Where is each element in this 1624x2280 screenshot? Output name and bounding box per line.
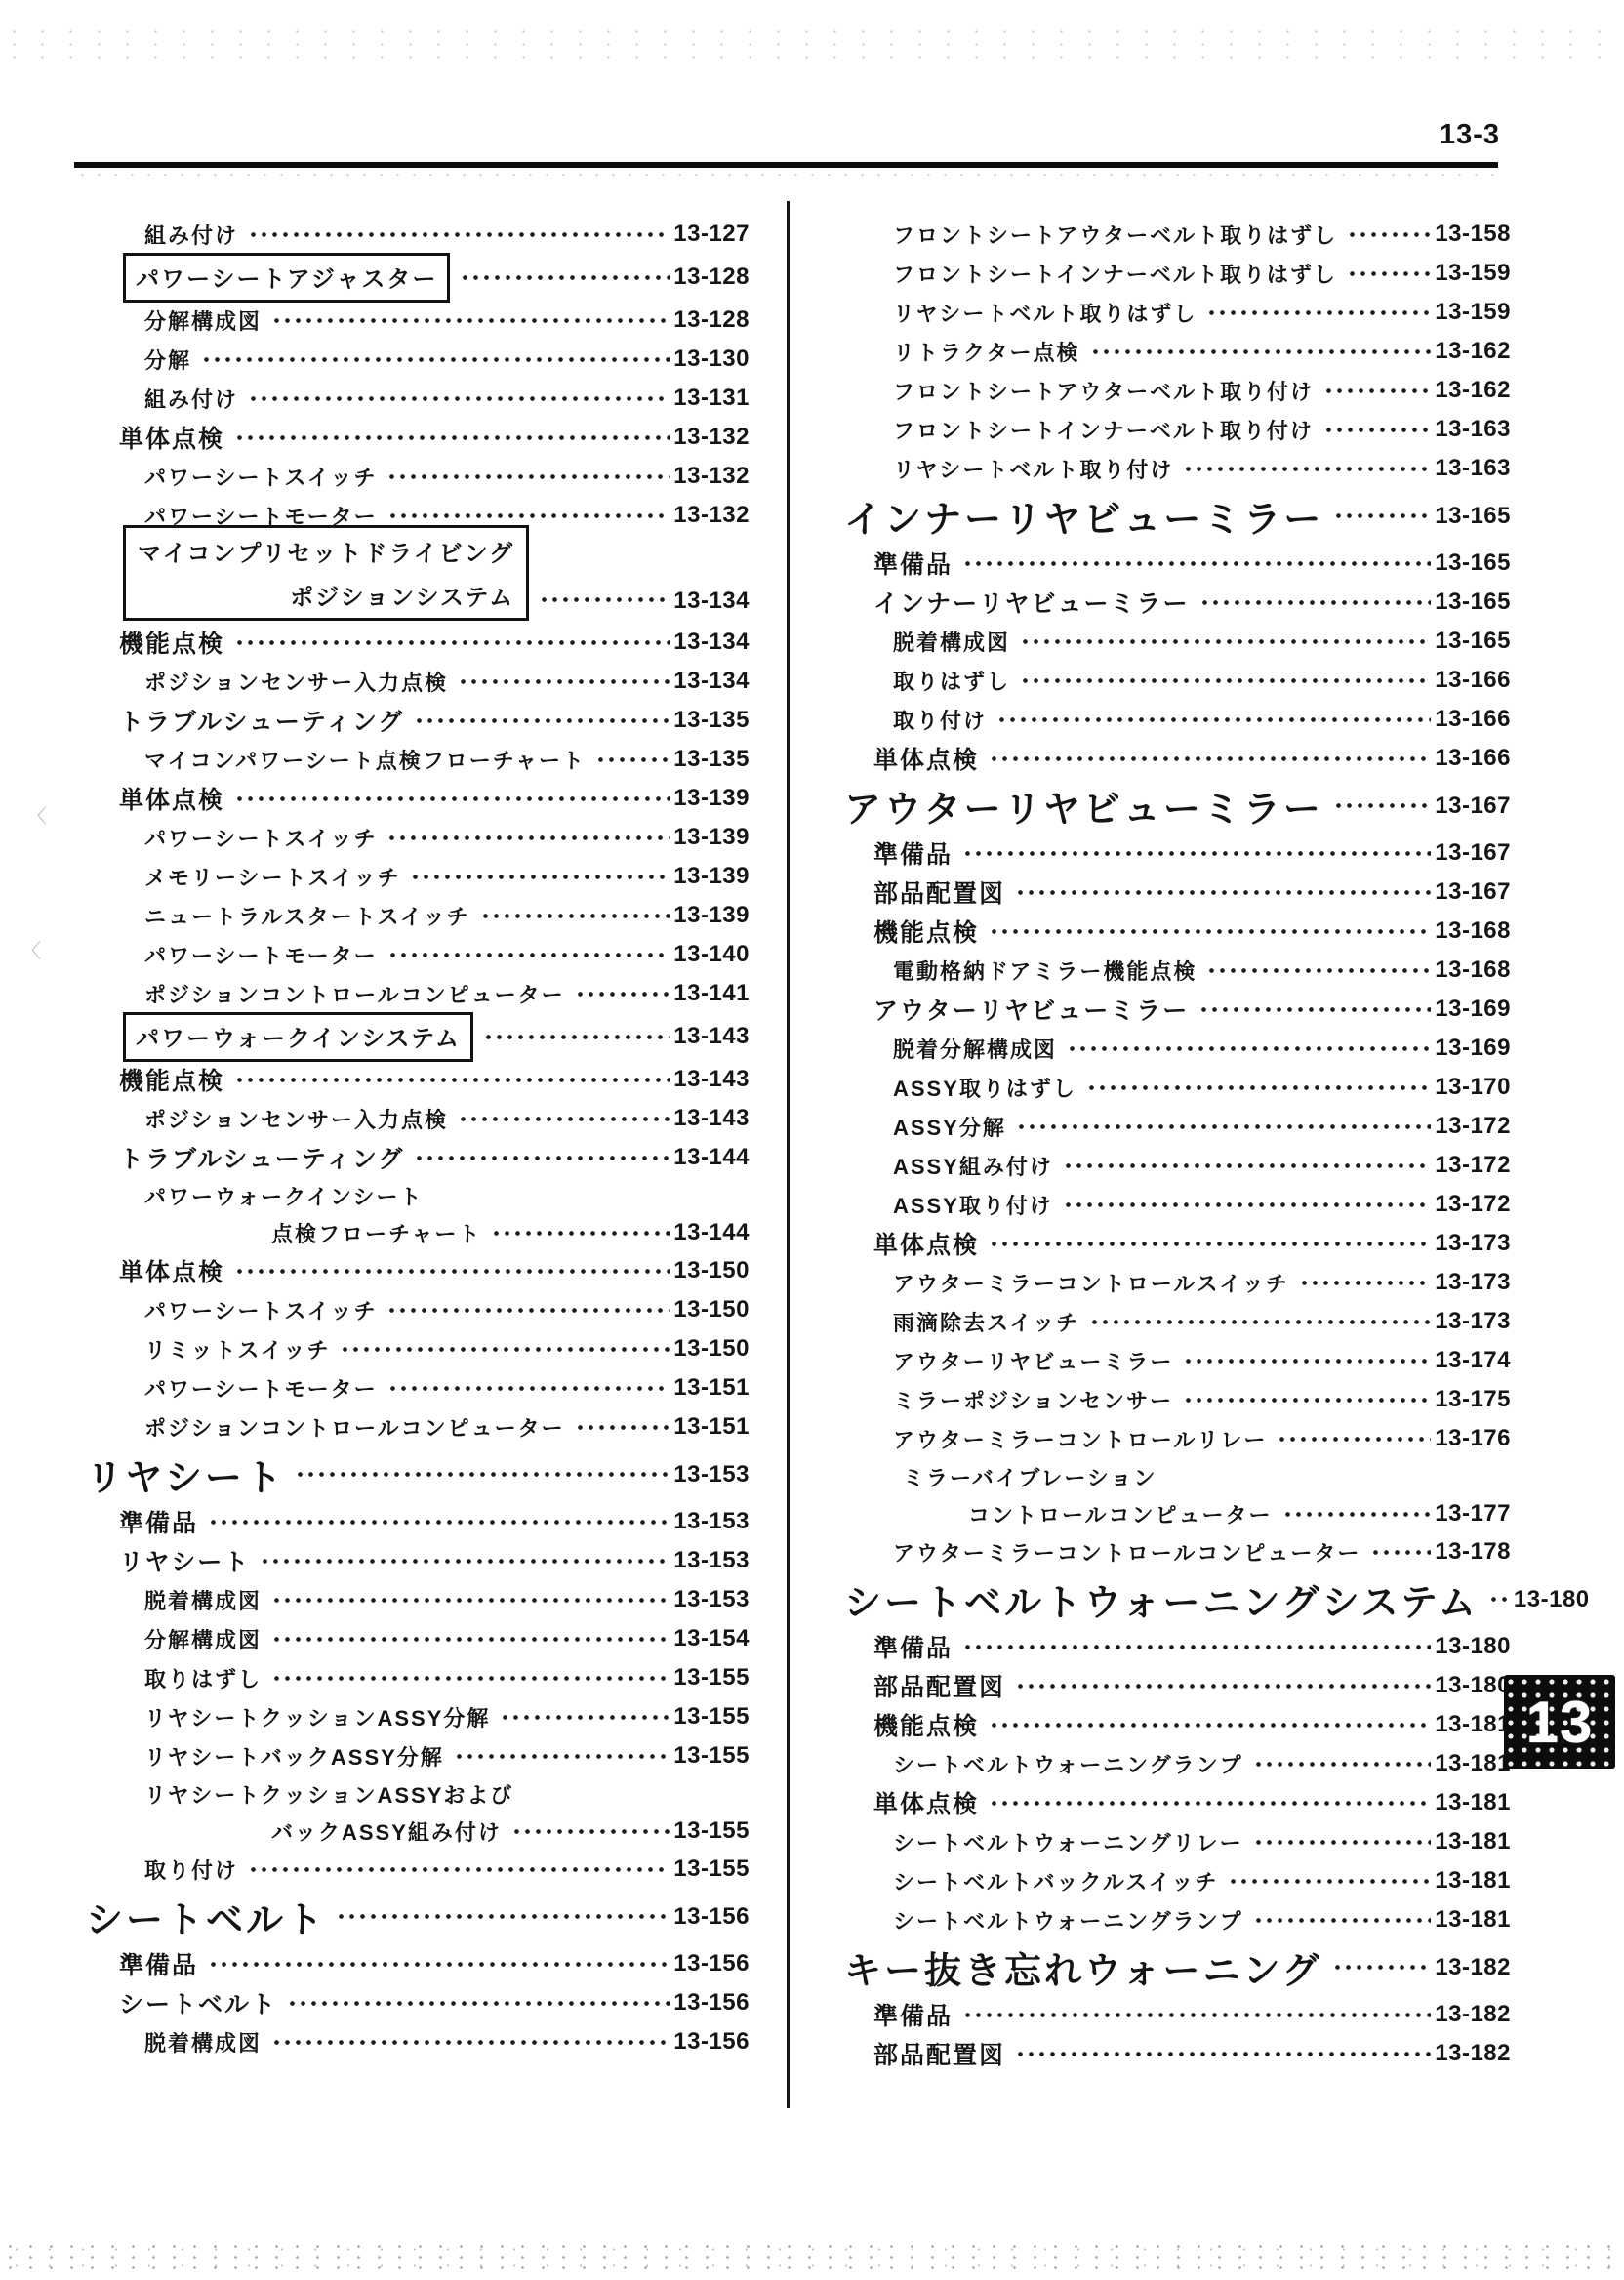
toc-entry: 準備品13-182 [844,1995,1511,2034]
toc-entry-label: フロントシートアウターベルト取り付け [893,376,1314,406]
toc-entry-page: 13-139 [673,824,750,851]
toc-entry: 機能点検13-134 [86,623,750,662]
toc-entry: シートベルトウォーニングランプ13-181 [844,1900,1511,1939]
toc-entry-page: 13-158 [1435,221,1511,248]
toc-entry-label: リトラクター点検 [893,337,1080,367]
toc-entry-label: アウターリヤビューミラー [844,779,1323,833]
toc-entry-label: 取りはずし [893,666,1010,696]
toc-entry-page: 13-167 [1435,839,1511,867]
toc-entry-label: 機能点検 [873,914,979,949]
dot-leader [1183,1394,1431,1405]
header-rule [74,162,1498,168]
toc-entry-page: 13-156 [673,1903,750,1931]
toc-entry-page: 13-139 [673,902,750,929]
scan-artifact: 〈 [21,935,41,963]
dot-leader [1333,510,1431,522]
dot-leader [458,675,670,687]
toc-entry-page: 13-181 [1435,1750,1511,1777]
toc-entry: リヤシートバックASSY分解13-155 [86,1736,750,1775]
toc-entry: 脱着構成図13-153 [86,1580,750,1619]
toc-entry: リヤシート13-153 [86,1446,750,1502]
toc-entry: 単体点検13-132 [86,418,750,457]
toc-entry: 準備品13-167 [844,834,1511,873]
toc-entry-page: 13-127 [673,221,750,248]
toc-entry-page: 13-144 [673,1144,750,1171]
dot-leader [1277,1433,1431,1445]
dot-leader [234,431,670,443]
toc-entry-label: シートベルト [119,1985,277,2020]
toc-entry: リミットスイッチ13-150 [86,1329,750,1368]
toc-entry-page: 13-155 [673,1742,750,1770]
dot-leader [260,1555,670,1567]
header-rule-echo [74,172,1498,178]
toc-entry-label: ポジションセンサー入力点検 [144,667,448,697]
toc-entry: シートベルト13-156 [86,1889,750,1944]
toc-entry-label: シートベルトウォーニングランプ [893,1905,1243,1935]
toc-entry-label: ミラーバイブレーション [903,1462,1157,1492]
dot-leader [1299,1277,1431,1288]
toc-entry-page: 13-166 [1435,706,1511,733]
toc-entry-label: ミラーポジションセンサー [893,1385,1173,1415]
toc-entry-page: 13-134 [673,588,750,615]
toc-entry-line1: ミラーバイブレーション [844,1458,1511,1495]
toc-entry-page: 13-151 [673,1413,750,1441]
chapter-tab-number: 13 [1526,1689,1594,1756]
toc-entry-line2: 点検フローチャート13-144 [86,1214,750,1251]
dot-leader [387,949,670,960]
toc-entry-page: 13-181 [1435,1828,1511,1855]
toc-entry-page: 13-165 [1435,503,1511,530]
dot-leader [208,1516,670,1527]
toc-entry-label: 点検フローチャート [271,1218,481,1248]
toc-entry-page: 13-128 [673,264,750,291]
dot-leader [500,1711,670,1723]
toc-entry-page: 13-150 [673,1296,750,1323]
toc-entry-page: 13-155 [673,1817,750,1845]
toc-entry-page: 13-168 [1435,917,1511,945]
toc-entry: キー抜き忘れウォーニング13-182 [844,1939,1511,1995]
toc-entry-page: 13-173 [1435,1230,1511,1257]
toc-entry: アウターミラーコントロールスイッチ13-173 [844,1263,1511,1302]
toc-entry-label: アウターリヤビューミラー [873,992,1189,1027]
dot-leader [1016,1120,1431,1132]
toc-entry-page: 13-153 [673,1461,750,1488]
toc-entry-page: 13-180 [1435,1672,1511,1699]
toc-entry-page: 13-173 [1435,1308,1511,1335]
toc-entry-page: 13-154 [673,1625,750,1652]
toc-entry-label: 取りはずし [144,1663,262,1693]
toc-entry-label: ASSY組み付け [893,1151,1053,1181]
toc-entry: 単体点検13-166 [844,739,1511,778]
toc-entry-page: 13-176 [1435,1425,1511,1452]
toc-entry-label: 脱着構成図 [893,627,1010,657]
toc-entry-label: メモリーシートスイッチ [144,862,400,892]
toc-entry-page: 13-134 [673,629,750,656]
dot-leader [996,713,1431,725]
toc-entry-page: 13-172 [1435,1152,1511,1179]
toc-entry-label: 機能点検 [119,625,224,660]
dot-leader [271,1672,670,1684]
toc-entry: ポジションセンサー入力点検13-134 [86,662,750,701]
toc-entry-page: 13-159 [1435,299,1511,326]
toc-entry-label: パワーシートスイッチ [144,823,377,853]
toc-entry: 準備品13-156 [86,1944,750,1983]
dot-leader [340,1343,670,1355]
dot-leader [962,2009,1431,2020]
toc-entry-label: アウターミラーコントロールリレー [893,1424,1267,1454]
toc-entry-label: パワーシートスイッチ [144,462,377,492]
toc-entry-label: 機能点検 [119,1062,224,1097]
toc-entry-page: 13-155 [673,1703,750,1730]
toc-entry-page: 13-167 [1435,878,1511,906]
toc-entry-label: パワーシートモーター [144,940,378,970]
toc-entry-page: 13-167 [1435,793,1511,820]
dot-leader [1183,463,1431,474]
dot-leader [989,1238,1431,1249]
toc-entry: 脱着構成図13-165 [844,622,1511,661]
dot-leader [989,1797,1431,1809]
toc-entry-page: 13-153 [673,1508,750,1535]
dot-leader [575,988,670,999]
toc-entry-page: 13-132 [673,424,750,451]
toc-entry: ASSY分解13-172 [844,1107,1511,1146]
toc-entry-label: 組み付け [144,384,238,414]
toc-entry-page: 13-181 [1435,1711,1511,1738]
toc-entry-page: 13-172 [1435,1113,1511,1140]
toc-entry-page: 13-139 [673,863,750,890]
toc-entry-label: リヤシートベルト取りはずし [893,298,1197,328]
toc-entry-label: アウターリヤビューミラー [893,1346,1173,1376]
boxed-heading-line1: マイコンプリセットドライビング [138,534,514,568]
toc-entry-label: インナーリヤビューミラー [844,489,1323,543]
toc-entry-label: 単体点検 [873,1785,979,1820]
toc-entry-label: 単体点検 [119,781,224,816]
toc-entry-label: リヤシートバックASSY分解 [144,1741,444,1771]
toc-entry-label: 単体点検 [119,420,224,455]
dot-leader [1015,2048,1431,2059]
toc-left-column: 組み付け13-127パワーシートアジャスター13-128分解構成図13-128分… [86,215,750,2061]
toc-entry: トラブルシューティング13-135 [86,701,750,740]
dot-leader [271,1633,670,1645]
toc-entry-label: シートベルトウォーニングシステム [844,1572,1479,1626]
dot-leader [1206,306,1431,318]
dot-leader [1253,1758,1432,1770]
toc-entry: ポジションセンサー入力点検13-143 [86,1099,750,1138]
toc-entry-line1: リヤシートクッションASSYおよび [86,1775,750,1812]
toc-entry-label: 分解構成図 [144,1624,262,1654]
dot-leader [1282,1508,1432,1520]
toc-entry: シートベルト13-156 [86,1983,750,2022]
toc-entry-page: 13-165 [1435,628,1511,655]
toc-entry-page: 13-159 [1435,260,1511,287]
dot-leader [1253,1836,1432,1848]
toc-entry-page: 13-155 [673,1855,750,1883]
dot-leader [1323,424,1431,435]
toc-entry: メモリーシートスイッチ13-139 [86,857,750,896]
toc-entry-label: パワーシートスイッチ [144,1295,377,1325]
toc-entry: パワーシートスイッチ13-139 [86,818,750,857]
toc-entry-label: トラブルシューティング [119,703,404,738]
toc-entry: インナーリヤビューミラー13-165 [844,583,1511,622]
dot-leader [454,1750,670,1762]
toc-entry-page: 13-143 [673,1023,750,1050]
toc-entry-page: 13-151 [673,1374,750,1402]
toc-entry-page: 13-132 [673,502,750,529]
toc-entry-label: フロントシートインナーベルト取り付け [893,415,1314,445]
toc-entry-label: マイコンパワーシート点検フローチャート [144,745,586,775]
toc-entry-page: 13-166 [1435,745,1511,772]
toc-entry: 部品配置図13-167 [844,873,1511,912]
toc-entry: 単体点検13-139 [86,779,750,818]
toc-entry-label: アウターミラーコントロールスイッチ [893,1268,1289,1298]
toc-entry-page: 13-162 [1435,377,1511,404]
dot-leader [1333,800,1431,812]
toc-entry-label: リミットスイッチ [144,1334,330,1364]
toc-entry: 取り付け13-166 [844,700,1511,739]
toc-entry-page: 13-135 [673,707,750,734]
toc-entry-label: フロントシートアウターベルト取りはずし [893,220,1337,250]
dot-leader [386,470,670,482]
toc-entry: リヤシートベルト取りはずし13-159 [844,293,1511,332]
toc-entry-label: ポジションセンサー入力点検 [144,1104,448,1134]
toc-entry-label: シートベルトウォーニングランプ [893,1749,1243,1779]
toc-entry: ASSY組み付け13-172 [844,1146,1511,1185]
dot-leader [248,228,670,240]
dot-leader [989,753,1431,764]
dot-leader [1089,1316,1431,1327]
toc-entry-page: 13-134 [673,668,750,695]
toc-entry-label: リヤシートベルト取り付け [893,454,1173,484]
dot-leader [1347,267,1431,279]
dot-leader [1323,385,1431,396]
dot-leader [248,392,670,404]
toc-entry-label: 組み付け [144,220,238,250]
dot-leader [336,1911,670,1923]
toc-entry: マイコンパワーシート点検フローチャート13-135 [86,740,750,779]
dot-leader [1253,1914,1432,1926]
toc-entry-label: 部品配置図 [873,875,1005,910]
toc-entry: ポジションコントロールコンピューター13-141 [86,974,750,1013]
toc-entry: リヤシート13-153 [86,1541,750,1580]
dot-leader [410,871,670,882]
toc-entry-label: 脱着分解構成図 [893,1034,1057,1064]
toc-entry-label: 電動格納ドアミラー機能点検 [893,956,1197,986]
toc-entry-page: 13-168 [1435,957,1511,984]
toc-entry-label: リヤシート [86,1447,285,1501]
dot-leader [1086,1081,1431,1093]
toc-entry: アウターリヤビューミラー13-167 [844,778,1511,834]
toc-entry-line1: パワーウォークインシート [86,1177,750,1214]
dot-leader [1206,964,1431,976]
toc-entry-label: リヤシートクッションASSYおよび [144,1779,513,1810]
dot-leader [248,1863,670,1875]
dot-leader [1198,1003,1431,1015]
toc-entry-label: シートベルトウォーニングリレー [893,1827,1243,1857]
toc-entry-label: 機能点検 [873,1707,979,1742]
dot-leader [480,910,670,921]
dot-leader [234,636,670,648]
dot-leader [1347,228,1431,240]
toc-entry-page: 13-144 [673,1219,750,1246]
toc-entry-label: キー抜き忘れウォーニング [844,1940,1322,1994]
toc-entry-label: ポジションコントロールコンピューター [144,1412,565,1443]
toc-entry-page: 13-180 [1435,1633,1511,1660]
dot-leader [491,1227,670,1239]
toc-entry-page: 13-132 [673,463,750,490]
toc-entry: アウターリヤビューミラー13-169 [844,990,1511,1029]
toc-entry-page: 13-172 [1435,1191,1511,1218]
toc-entry-label: 分解構成図 [144,305,262,336]
toc-entry-label: 取り付け [144,1854,238,1885]
dot-leader [287,1997,670,2009]
toc-entry: リヤシートクッションASSY分解13-155 [86,1697,750,1736]
toc-entry-page: 13-128 [673,306,750,334]
dot-leader [989,925,1431,937]
toc-entry-page: 13-180 [1514,1586,1590,1613]
dot-leader [414,714,670,726]
toc-entry: アウターリヤビューミラー13-174 [844,1341,1511,1380]
dot-leader [1228,1875,1431,1887]
toc-entry-line2: バックASSY組み付け13-155 [86,1812,750,1850]
toc-entry-page: 13-130 [673,346,750,373]
toc-entry-page: 13-143 [673,1066,750,1093]
toc-entry-label: ASSY分解 [893,1112,1006,1142]
toc-entry: 機能点検13-143 [86,1060,750,1099]
toc-entry-page: 13-131 [673,385,750,412]
page-number: 13-3 [1440,119,1500,151]
toc-entry-page: 13-156 [673,1950,750,1977]
toc-entry: リトラクター点検13-162 [844,332,1511,371]
dot-leader [386,832,670,843]
dot-leader [962,1641,1431,1652]
toc-entry-page: 13-165 [1435,589,1511,616]
toc-entry-label: ポジションコントロールコンピューター [144,979,565,1009]
toc-entry-label: アウターミラーコントロールコンピューター [893,1537,1360,1567]
dot-leader [962,847,1431,859]
toc-entry-page: 13-150 [673,1335,750,1363]
toc-entry-label: 分解 [144,345,191,375]
toc-entry: 脱着構成図13-156 [86,2022,750,2061]
toc-entry-page: 13-163 [1435,455,1511,482]
toc-entry: 電動格納ドアミラー機能点検13-168 [844,951,1511,990]
toc-entry-label: 準備品 [873,835,953,871]
toc-entry: ポジションコントロールコンピューター13-151 [86,1407,750,1446]
dot-leader [1370,1546,1431,1558]
boxed-heading: パワーウォークインシステム [123,1012,473,1062]
toc-entry-page: 13-181 [1435,1906,1511,1934]
toc-entry-label: 準備品 [873,1629,953,1664]
dot-leader [1063,1199,1431,1210]
toc-entry-page: 13-182 [1435,2001,1511,2028]
toc-entry: 部品配置図13-180 [844,1666,1511,1705]
toc-entry-page: 13-156 [673,1989,750,2016]
toc-entry-label: インナーリヤビューミラー [873,585,1190,620]
toc-entry-label: ニュートラルスタートスイッチ [144,901,470,931]
toc-entry-label: 準備品 [119,1504,198,1539]
toc-entry: シートベルトウォーニングシステム13-180 [844,1571,1511,1627]
dot-leader [234,793,670,804]
dot-leader [1015,1680,1431,1691]
toc-entry-label: 雨滴除去スイッチ [893,1307,1079,1337]
scan-noise-bottom [0,2241,1624,2274]
toc-entry: パワーシートモーター13-151 [86,1368,750,1407]
toc-entry: アウターミラーコントロールコンピューター13-178 [844,1532,1511,1571]
toc-entry-label: トラブルシューティング [119,1140,404,1175]
toc-entry-page: 13-150 [673,1257,750,1284]
toc-entry-page: 13-143 [673,1105,750,1132]
toc-entry-label: ASSY取り付け [893,1190,1053,1220]
toc-entry-label: 脱着構成図 [144,1585,262,1615]
toc-entry: インナーリヤビューミラー13-165 [844,488,1511,544]
dot-leader [962,557,1431,569]
toc-entry: ASSY取りはずし13-170 [844,1068,1511,1107]
dot-leader [539,593,670,605]
toc-entry-page: 13-135 [673,746,750,773]
chapter-tab: 13 [1504,1675,1615,1769]
toc-entry: フロントシートインナーベルト取りはずし13-159 [844,254,1511,293]
toc-entry: 機能点検13-181 [844,1705,1511,1744]
boxed-heading-line2: ポジションシステム [138,578,514,612]
dot-leader [271,2036,670,2048]
toc-entry: 準備品13-165 [844,544,1511,583]
dot-leader [208,1958,670,1970]
toc-entry-label: シートベルトバックルスイッチ [893,1866,1218,1896]
toc-entry-label: リヤシートクッションASSY分解 [144,1702,490,1732]
toc-entry-page: 13-166 [1435,667,1511,694]
dot-leader [386,1304,670,1316]
toc-entry-page: 13-173 [1435,1269,1511,1296]
scan-artifact: 〈 [27,800,47,829]
toc-entry-label: 準備品 [873,1997,953,2032]
toc-entry-label: コントロールコンピューター [968,1499,1273,1529]
toc-entry-label: パワーウォークインシート [144,1181,423,1211]
toc-entry-page: 13-175 [1435,1386,1511,1413]
dot-leader [271,314,670,326]
dot-leader [414,1152,670,1163]
toc-entry-page: 13-174 [1435,1347,1511,1374]
dot-leader [1067,1042,1431,1054]
toc-entry: 機能点検13-168 [844,912,1511,951]
toc-entry-label: 脱着構成図 [144,2027,262,2057]
toc-entry-label: 部品配置図 [873,2036,1005,2071]
toc-entry-label: リヤシート [119,1543,250,1578]
boxed-heading: マイコンプリセットドライビングポジションシステム [123,525,529,621]
toc-entry: 部品配置図13-182 [844,2034,1511,2073]
toc-entry: 取りはずし13-155 [86,1658,750,1697]
toc-entry-page: 13-170 [1435,1074,1511,1101]
toc-entry-page: 13-177 [1435,1500,1511,1527]
dot-leader [201,353,670,365]
toc-entry-page: 13-165 [1435,550,1511,577]
toc-entry-label: パワーシートモーター [144,1373,378,1404]
dot-leader [295,1469,670,1481]
dot-leader [1015,886,1431,898]
toc-entry: リヤシートクッションASSYおよびバックASSY組み付け13-155 [86,1775,750,1850]
toc-entry: シートベルトウォーニングランプ13-181 [844,1744,1511,1783]
toc-entry-page: 13-182 [1435,2040,1511,2067]
dot-leader [575,1421,670,1433]
toc-entry: 分解構成図13-154 [86,1619,750,1658]
toc-entry: シートベルトバックルスイッチ13-181 [844,1861,1511,1900]
dot-leader [1199,596,1432,608]
toc-entry-page: 13-140 [673,941,750,968]
dot-leader [483,1031,670,1042]
toc-entry: アウターミラーコントロールリレー13-176 [844,1419,1511,1458]
toc-entry: パワーシートスイッチ13-132 [86,457,750,496]
toc-entry-label: 準備品 [873,546,953,581]
toc-entry-page: 13-182 [1435,1954,1511,1981]
dot-leader [1183,1355,1431,1366]
